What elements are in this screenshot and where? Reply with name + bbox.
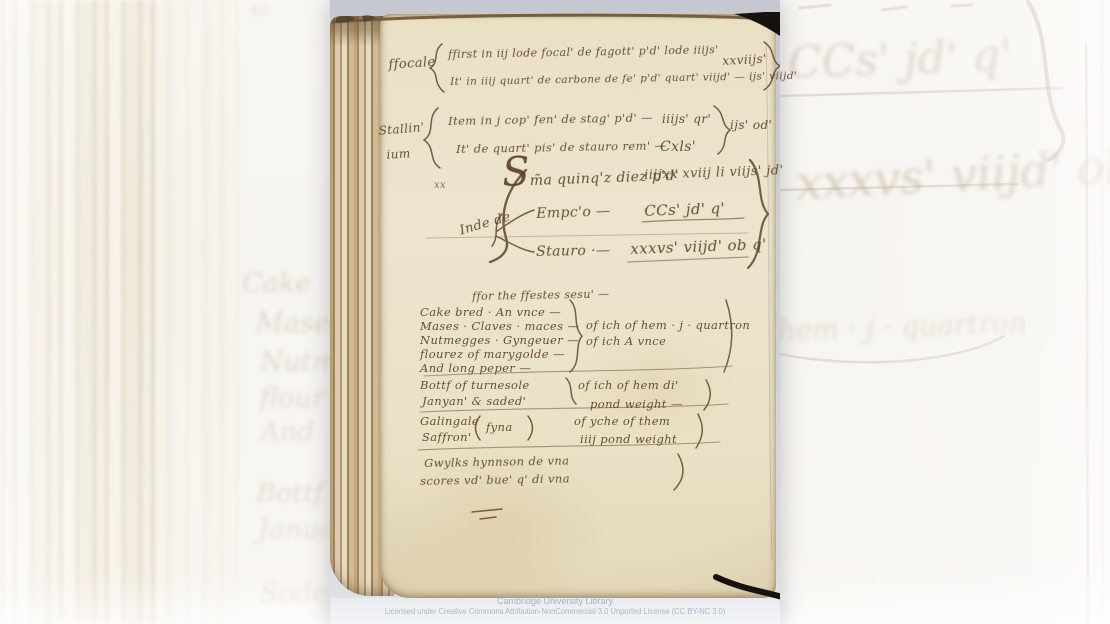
ms-ingredient-line: Nutmegges · Gyngeuer —	[420, 333, 579, 347]
ms-value: CCs' jd' q'	[644, 199, 725, 220]
ghost-text: Janua	[258, 514, 336, 545]
open-book: ffocale ffirst in iij lode focal' de fag…	[330, 12, 780, 600]
ms-quantity: iiij pond weight	[580, 432, 677, 446]
ms-quantity: of ich A vnce	[586, 334, 666, 348]
ms-value: iiijs' qr'	[662, 112, 711, 126]
ghost-text: Sode	[260, 578, 328, 609]
ms-entry-line: scores vd' bue' q' di vna	[420, 471, 570, 488]
ms-ingredient-line: And long peper —	[420, 361, 531, 375]
ms-margin-mark: xx	[434, 180, 446, 191]
ghost-text: flour	[260, 383, 325, 414]
ms-ingredient-line: Galingale	[420, 414, 479, 428]
ghost-text: hem · j · quartron	[777, 306, 1027, 348]
ghost-bracket	[1028, 2, 1063, 160]
ms-quantity: of ich of hem di'	[578, 378, 679, 392]
ghost-numerals: xxxvs' viijd' ob q'	[795, 136, 1110, 211]
ghost-rule	[782, 88, 1062, 96]
ghost-page-edge-line	[1086, 44, 1088, 624]
ms-quantity: of ich of hem · j · quartron	[586, 318, 750, 332]
ms-quantity: of yche of them	[574, 414, 670, 428]
ghost-numerals: CCs' jd' q'	[787, 30, 1013, 89]
ghost-text: Cake	[242, 268, 311, 299]
ms-entry-line: Empc'o —	[536, 203, 611, 222]
ms-ingredient-line: Bottf of turnesole	[420, 378, 530, 392]
ghost-text: Nutm	[260, 347, 337, 378]
ms-quantity: pond weight —	[590, 397, 683, 411]
manuscript-photograph: ffocale ffirst in iij lode focal' de fag…	[330, 0, 780, 624]
ghost-text: xc	[250, 0, 269, 20]
ms-ingredient-line: Janyan' & saded'	[422, 394, 526, 408]
ms-ingredient-line: Cake bred · An vnce —	[420, 305, 561, 319]
page-edge-texture-left-fade	[168, 0, 238, 624]
license-line: Licensed under Creative Commons Attribut…	[337, 607, 774, 616]
ms-ingredient-line: Mases · Claves · maces —	[420, 319, 579, 333]
ms-value: ijs' od'	[730, 118, 772, 132]
ms-value: xxviijs'	[722, 52, 767, 68]
ms-ingredient-line: Saffron'	[422, 430, 471, 444]
manuscript-photo-page: xc Cake Mases Nutm flour And Bottf Janua…	[0, 0, 1110, 624]
ms-margin-word: ium	[386, 146, 411, 162]
ms-entry-line: Gwylks hynnson de vna	[424, 453, 570, 470]
ms-note: fyna	[486, 420, 513, 434]
ghost-text: Bottf	[256, 478, 324, 509]
page-edge-texture-left	[0, 0, 168, 624]
credit-line: Cambridge University Library	[330, 596, 780, 606]
ghost-page-edge-line	[1102, 0, 1103, 624]
ms-entry-line: Stauro ·—	[536, 243, 610, 260]
ghost-fragment	[800, 5, 972, 10]
ghost-text: And	[260, 417, 314, 448]
ms-section-heading: ffor the ffestes sesu' —	[472, 288, 610, 303]
ms-value: Cxls'	[660, 139, 696, 155]
ms-ingredient-line: flourez of marygolde —	[420, 347, 565, 361]
